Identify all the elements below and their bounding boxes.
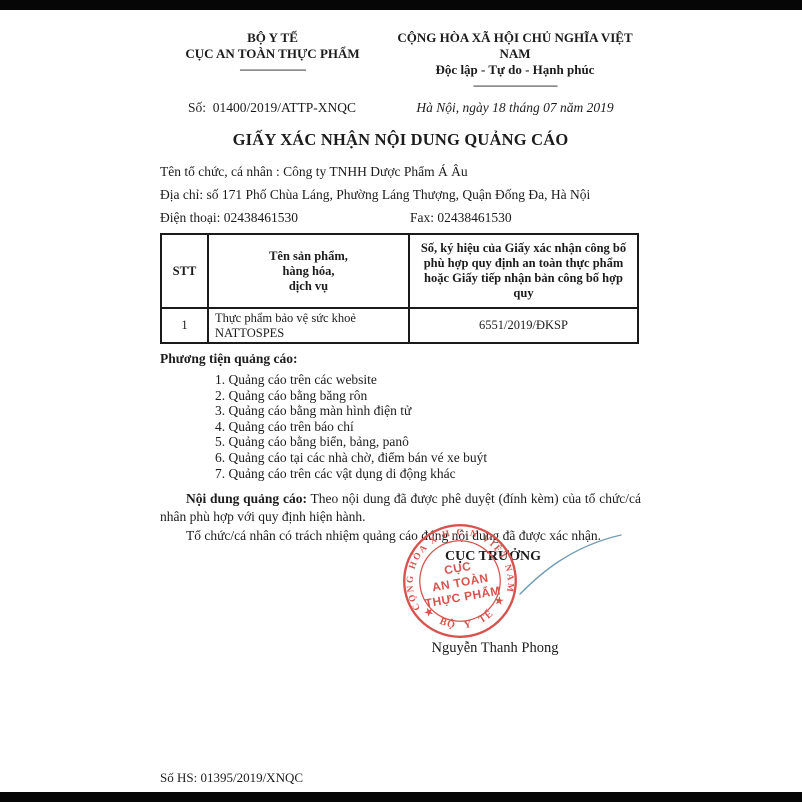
- signature-stroke: [520, 535, 621, 594]
- place-date: Hà Nội, ngày 18 tháng 07 năm 2019: [389, 100, 641, 116]
- country-name: CỘNG HÒA XÃ HỘI CHỦ NGHĨA VIỆT NAM: [389, 30, 641, 62]
- stamp-seal-graphic: CỘNG HÒA X.H.C.N VIỆT NAM ★ BỘ Y TẾ ★ CỤ…: [386, 507, 534, 655]
- applicant-contact-line: Điện thoại: 02438461530 Fax: 02438461530: [160, 206, 641, 229]
- content-paragraph: Nội dung quảng cáo: Theo nội dung đã đượ…: [160, 490, 641, 525]
- table-row: 1 Thực phẩm bảo vệ sức khoẻ NATTOSPES 65…: [161, 308, 638, 343]
- col-header-cert: Số, ký hiệu của Giấy xác nhận công bố ph…: [409, 234, 638, 308]
- row-product: Thực phẩm bảo vệ sức khoẻ NATTOSPES: [208, 308, 409, 343]
- applicant-info: Tên tổ chức, cá nhân : Công ty TNHH Dược…: [160, 160, 641, 229]
- motto-block: CỘNG HÒA XÃ HỘI CHỦ NGHĨA VIỆT NAM Độc l…: [389, 30, 641, 91]
- col-header-product: Tên sản phẩm, hàng hóa, dịch vụ: [208, 234, 409, 308]
- list-item: 6. Quảng cáo tại các nhà chờ, điểm bán v…: [215, 450, 641, 466]
- document-number: Số: 01400/2019/ATTP-XNQC: [188, 100, 356, 116]
- list-item: 7. Quảng cáo trên các vật dụng di động k…: [215, 466, 641, 482]
- issuing-agency-block: BỘ Y TẾ CỤC AN TOÀN THỰC PHẨM ----------…: [160, 30, 385, 91]
- product-table: STT Tên sản phẩm, hàng hóa, dịch vụ Số, …: [160, 233, 639, 344]
- table-header-row: STT Tên sản phẩm, hàng hóa, dịch vụ Số, …: [161, 234, 638, 308]
- agency-divider: ----------------------: [160, 63, 385, 75]
- document-content: BỘ Y TẾ CỤC AN TOÀN THỰC PHẨM ----------…: [160, 30, 641, 565]
- content-paragraph-lead: Nội dung quảng cáo:: [186, 491, 307, 506]
- motto-divider: ----------------------------: [389, 79, 641, 91]
- handwritten-signature: [517, 529, 625, 599]
- applicant-address-line: Địa chỉ: số 171 Phố Chùa Láng, Phường Lá…: [160, 183, 641, 206]
- applicant-name-line: Tên tổ chức, cá nhân : Công ty TNHH Dược…: [160, 160, 641, 183]
- col-header-stt: STT: [161, 234, 208, 308]
- page-title: GIẤY XÁC NHẬN NỘI DUNG QUẢNG CÁO: [160, 130, 641, 150]
- agency-parent: BỘ Y TẾ: [160, 30, 385, 46]
- official-red-stamp: CỘNG HÒA X.H.C.N VIỆT NAM ★ BỘ Y TẾ ★ CỤ…: [386, 507, 534, 655]
- national-header: BỘ Y TẾ CỤC AN TOÀN THỰC PHẨM ----------…: [160, 30, 641, 91]
- media-section-heading: Phương tiện quảng cáo:: [160, 351, 641, 367]
- list-item: 1. Quảng cáo trên các website: [215, 372, 641, 388]
- row-cert-number: 6551/2019/ĐKSP: [409, 308, 638, 343]
- number-date-row: Số: 01400/2019/ATTP-XNQC Hà Nội, ngày 18…: [160, 100, 641, 116]
- motto: Độc lập - Tự do - Hạnh phúc: [389, 62, 641, 78]
- list-item: 5. Quảng cáo bằng biển, bảng, panô: [215, 434, 641, 450]
- list-item: 4. Quảng cáo trên báo chí: [215, 419, 641, 435]
- row-stt: 1: [161, 308, 208, 343]
- agency-name: CỤC AN TOÀN THỰC PHẨM: [160, 46, 385, 62]
- list-item: 3. Quảng cáo bằng màn hình điện tử: [215, 403, 641, 419]
- document-page: BỘ Y TẾ CỤC AN TOÀN THỰC PHẨM ----------…: [0, 0, 802, 802]
- list-item: 2. Quảng cáo bằng băng rôn: [215, 388, 641, 404]
- signer-name: Nguyễn Thanh Phong: [400, 640, 590, 657]
- file-reference-number: Số HS: 01395/2019/XNQC: [160, 770, 303, 786]
- applicant-phone: Điện thoại: 02438461530: [160, 206, 410, 229]
- top-letterbox-bar: [0, 0, 802, 10]
- bottom-letterbox-bar: [0, 792, 802, 802]
- applicant-fax: Fax: 02438461530: [410, 206, 512, 229]
- media-list: 1. Quảng cáo trên các website 2. Quảng c…: [215, 372, 641, 481]
